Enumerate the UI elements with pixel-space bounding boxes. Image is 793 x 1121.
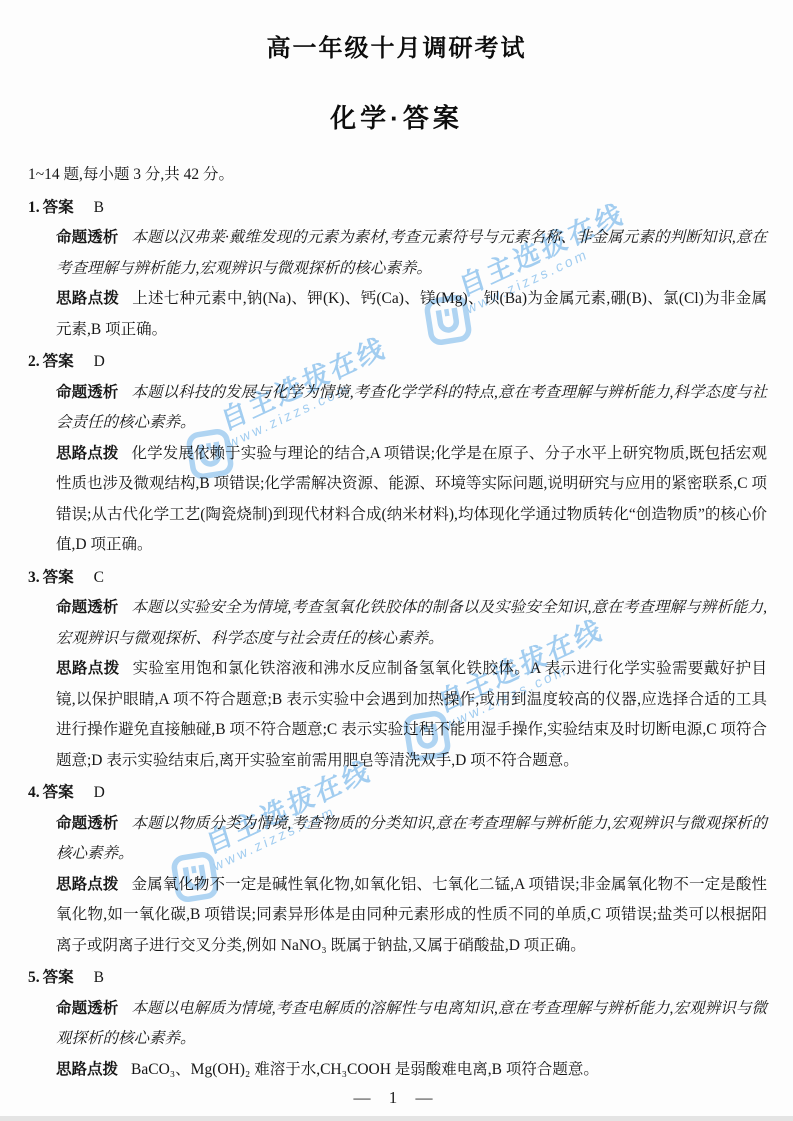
- page-title: 高一年级十月调研考试: [0, 0, 793, 64]
- guidance-paragraph: 思路点拨BaCO₃、Mg(OH)₂ 难溶于水,CH₃COOH 是弱酸难电离,B …: [56, 1055, 767, 1086]
- guidance-label: 思路点拨: [56, 660, 120, 677]
- guidance-label: 思路点拨: [56, 290, 119, 307]
- analysis-paragraph: 命题透析本题以物质分类为情境,考查物质的分类知识,意在考查理解与辨析能力,宏观辨…: [56, 809, 767, 870]
- analysis-paragraph: 命题透析本题以实验安全为情境,考查氢氧化铁胶体的制备以及实验安全知识,意在考查理…: [56, 593, 767, 654]
- answer-label: 答案: [43, 784, 74, 801]
- exam-answer-page: 自主选拔在线 www.zizzs.com 自主选拔在线 www.zizzs.co…: [0, 0, 793, 1121]
- analysis-paragraph: 命题透析本题以科技的发展与化学为情境,考查化学学科的特点,意在考查理解与辨析能力…: [56, 378, 767, 439]
- guidance-paragraph: 思路点拨化学发展依赖于实验与理论的结合,A 项错误;化学是在原子、分子水平上研究…: [56, 439, 767, 561]
- guidance-label: 思路点拨: [56, 1061, 118, 1078]
- answer-letter: D: [94, 784, 105, 801]
- question-number: 4.: [28, 784, 40, 801]
- analysis-label: 命题透析: [56, 229, 118, 246]
- question-number: 5.: [28, 969, 40, 986]
- page-number: — 1 —: [0, 1088, 793, 1108]
- guidance-text: 上述七种元素中,钠(Na)、钾(K)、钙(Ca)、镁(Mg)、钡(Ba)为金属元…: [56, 290, 767, 338]
- question-number: 3.: [28, 569, 40, 586]
- guidance-paragraph: 思路点拨实验室用饱和氯化铁溶液和沸水反应制备氢氧化铁胶体。A 表示进行化学实验需…: [56, 654, 767, 776]
- answer-line: 4.答案D: [28, 778, 767, 809]
- answer-label: 答案: [43, 199, 74, 216]
- analysis-label: 命题透析: [56, 1000, 118, 1017]
- analysis-label: 命题透析: [56, 599, 118, 616]
- question-number: 1.: [28, 199, 40, 216]
- guidance-text: 化学发展依赖于实验与理论的结合,A 项错误;化学是在原子、分子水平上研究物质,既…: [56, 445, 767, 554]
- answer-letter: C: [94, 569, 104, 586]
- analysis-text: 本题以科技的发展与化学为情境,考查化学学科的特点,意在考查理解与辨析能力,科学态…: [56, 384, 767, 432]
- scoring-note: 1~14 题,每小题 3 分,共 42 分。: [28, 160, 765, 191]
- analysis-label: 命题透析: [56, 815, 118, 832]
- answer-letter: D: [94, 353, 105, 370]
- answer-line: 1.答案B: [28, 193, 767, 224]
- question-1: 1.答案B 命题透析本题以汉弗莱·戴维发现的元素为素材,考查元素符号与元素名称、…: [28, 193, 767, 346]
- answer-letter: B: [94, 199, 104, 216]
- question-2: 2.答案D 命题透析本题以科技的发展与化学为情境,考查化学学科的特点,意在考查理…: [28, 347, 767, 561]
- answer-label: 答案: [43, 569, 74, 586]
- analysis-paragraph: 命题透析本题以汉弗莱·戴维发现的元素为素材,考查元素符号与元素名称、非金属元素的…: [56, 223, 767, 284]
- guidance-text: 金属氧化物不一定是碱性氧化物,如氧化铝、七氧化二锰,A 项错误;非金属氧化物不一…: [56, 876, 767, 954]
- page-bottom-edge: [0, 1116, 793, 1121]
- question-number: 2.: [28, 353, 40, 370]
- answer-letter: B: [94, 969, 104, 986]
- analysis-text: 本题以电解质为情境,考查电解质的溶解性与电离知识,意在考查理解与辨析能力,宏观辨…: [56, 1000, 767, 1048]
- answer-line: 5.答案B: [28, 963, 767, 994]
- question-3: 3.答案C 命题透析本题以实验安全为情境,考查氢氧化铁胶体的制备以及实验安全知识…: [28, 563, 767, 777]
- guidance-text: 实验室用饱和氯化铁溶液和沸水反应制备氢氧化铁胶体。A 表示进行化学实验需要戴好护…: [56, 660, 767, 769]
- analysis-text: 本题以汉弗莱·戴维发现的元素为素材,考查元素符号与元素名称、非金属元素的判断知识…: [56, 229, 767, 277]
- answer-line: 2.答案D: [28, 347, 767, 378]
- analysis-text: 本题以实验安全为情境,考查氢氧化铁胶体的制备以及实验安全知识,意在考查理解与辨析…: [56, 599, 767, 647]
- analysis-paragraph: 命题透析本题以电解质为情境,考查电解质的溶解性与电离知识,意在考查理解与辨析能力…: [56, 994, 767, 1055]
- guidance-paragraph: 思路点拨金属氧化物不一定是碱性氧化物,如氧化铝、七氧化二锰,A 项错误;非金属氧…: [56, 870, 767, 962]
- question-5: 5.答案B 命题透析本题以电解质为情境,考查电解质的溶解性与电离知识,意在考查理…: [28, 963, 767, 1085]
- analysis-text: 本题以物质分类为情境,考查物质的分类知识,意在考查理解与辨析能力,宏观辨识与微观…: [56, 815, 767, 863]
- answer-label: 答案: [43, 969, 74, 986]
- guidance-label: 思路点拨: [56, 876, 118, 893]
- guidance-paragraph: 思路点拨上述七种元素中,钠(Na)、钾(K)、钙(Ca)、镁(Mg)、钡(Ba)…: [56, 284, 767, 345]
- analysis-label: 命题透析: [56, 384, 118, 401]
- question-4: 4.答案D 命题透析本题以物质分类为情境,考查物质的分类知识,意在考查理解与辨析…: [28, 778, 767, 961]
- guidance-text: BaCO₃、Mg(OH)₂ 难溶于水,CH₃COOH 是弱酸难电离,B 项符合题…: [131, 1061, 599, 1078]
- answer-line: 3.答案C: [28, 563, 767, 594]
- page-subtitle: 化学·答案: [0, 64, 793, 134]
- guidance-label: 思路点拨: [56, 445, 118, 462]
- answer-label: 答案: [43, 353, 74, 370]
